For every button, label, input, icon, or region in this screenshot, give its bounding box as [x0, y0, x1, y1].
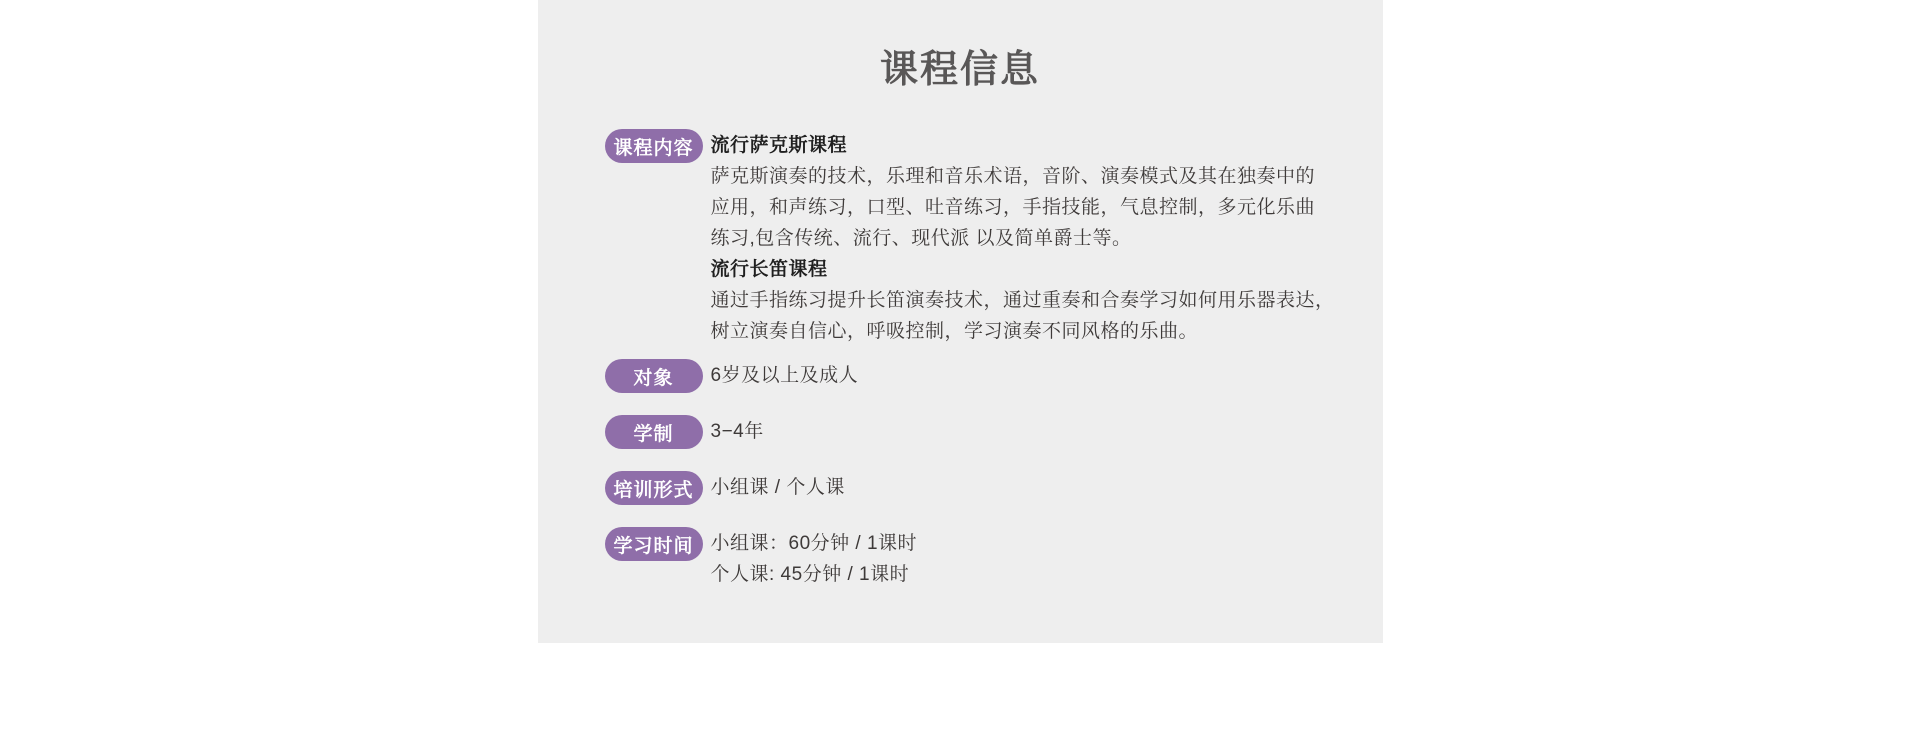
target-audience-badge: 对象 — [605, 359, 703, 393]
duration-badge: 学制 — [605, 415, 703, 449]
training-format-value: 小组课 / 个人课 — [711, 472, 845, 503]
target-audience-value: 6岁及以上及成人 — [711, 360, 859, 391]
course-section-body: 通过手指练习提升长笛演奏技术，通过重奏和合奏学习如何用乐器表达， 树立演奏自信心… — [711, 285, 1335, 347]
study-time-value: 小组课：60分钟 / 1课时 个人课: 45分钟 / 1课时 — [711, 528, 918, 590]
study-time-row: 学习时间 小组课：60分钟 / 1课时 个人课: 45分钟 / 1课时 — [605, 528, 1383, 590]
study-time-badge: 学习时间 — [605, 527, 703, 561]
course-content-text: 流行萨克斯课程 萨克斯演奏的技术，乐理和音乐术语，音阶、演奏模式及其在独奏中的 … — [711, 130, 1335, 347]
training-format-row: 培训形式 小组课 / 个人课 — [605, 472, 1383, 505]
course-content-badge: 课程内容 — [605, 129, 703, 163]
course-info-panel: 课程信息 课程内容 流行萨克斯课程 萨克斯演奏的技术，乐理和音乐术语，音阶、演奏… — [538, 0, 1383, 643]
course-section-flute: 流行长笛课程 通过手指练习提升长笛演奏技术，通过重奏和合奏学习如何用乐器表达， … — [711, 254, 1335, 347]
duration-row: 学制 3−4年 — [605, 416, 1383, 449]
course-content-row: 课程内容 流行萨克斯课程 萨克斯演奏的技术，乐理和音乐术语，音阶、演奏模式及其在… — [605, 130, 1383, 347]
page-title: 课程信息 — [538, 0, 1383, 93]
course-section-saxophone: 流行萨克斯课程 萨克斯演奏的技术，乐理和音乐术语，音阶、演奏模式及其在独奏中的 … — [711, 130, 1335, 254]
duration-value: 3−4年 — [711, 416, 764, 447]
course-info-content: 课程内容 流行萨克斯课程 萨克斯演奏的技术，乐理和音乐术语，音阶、演奏模式及其在… — [538, 130, 1383, 590]
course-section-title: 流行长笛课程 — [711, 254, 1335, 285]
target-audience-row: 对象 6岁及以上及成人 — [605, 360, 1383, 393]
course-section-title: 流行萨克斯课程 — [711, 130, 1335, 161]
course-section-body: 萨克斯演奏的技术，乐理和音乐术语，音阶、演奏模式及其在独奏中的 应用，和声练习，… — [711, 161, 1335, 254]
training-format-badge: 培训形式 — [605, 471, 703, 505]
